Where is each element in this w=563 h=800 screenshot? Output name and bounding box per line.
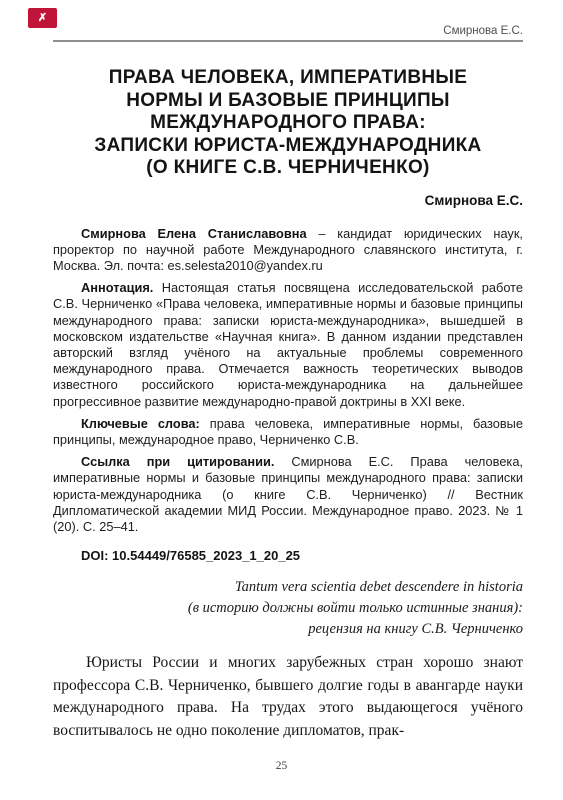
- epigraph: Tantum vera scientia debet descendere in…: [53, 577, 523, 640]
- header-rule: [53, 40, 523, 42]
- title-line: НОРМЫ И БАЗОВЫЕ ПРИНЦИПЫ: [53, 90, 523, 113]
- title-line: ПРАВА ЧЕЛОВЕКА, ИМПЕРАТИВНЫЕ: [53, 67, 523, 90]
- article-title: ПРАВА ЧЕЛОВЕКА, ИМПЕРАТИВНЫЕ НОРМЫ И БАЗ…: [53, 67, 523, 180]
- page-number: 25: [0, 760, 563, 772]
- bio-lead: Смирнова Елена Станиславовна: [81, 226, 307, 241]
- epigraph-line: Tantum vera scientia debet descendere in…: [53, 577, 523, 598]
- title-line: МЕЖДУНАРОДНОГО ПРАВА:: [53, 112, 523, 135]
- epigraph-line: (в историю должны войти только истинные …: [53, 598, 523, 619]
- bio-paragraph: Смирнова Елена Станиславовна – кандидат …: [53, 226, 523, 275]
- author-name: Смирнова Е.С.: [53, 193, 523, 208]
- keywords-paragraph: Ключевые слова: права человека, императи…: [53, 416, 523, 448]
- title-line: (О КНИГЕ С.В. ЧЕРНИЧЕНКО): [53, 157, 523, 180]
- citation-lead: Ссылка при цитировании.: [81, 454, 274, 469]
- journal-badge-icon: ✗: [38, 13, 47, 24]
- citation-paragraph: Ссылка при цитировании. Смирнова Е.С. Пр…: [53, 454, 523, 535]
- page-content: Смирнова Е.С. ПРАВА ЧЕЛОВЕКА, ИМПЕРАТИВН…: [53, 0, 523, 742]
- epigraph-line: рецензия на книгу С.В. Черниченко: [53, 619, 523, 640]
- journal-page: ✗ Смирнова Е.С. ПРАВА ЧЕЛОВЕКА, ИМПЕРАТИ…: [0, 0, 563, 800]
- abstract-text: Настоящая статья посвящена исследователь…: [53, 280, 523, 408]
- abstract-lead: Аннотация.: [81, 280, 153, 295]
- body-paragraph: Юристы России и многих зарубежных стран …: [53, 652, 523, 742]
- running-head: Смирнова Е.С.: [53, 0, 523, 37]
- title-line: ЗАПИСКИ ЮРИСТА-МЕЖДУНАРОДНИКА: [53, 135, 523, 158]
- journal-badge: ✗: [28, 8, 57, 28]
- doi-line: DOI: 10.54449/76585_2023_1_20_25: [53, 548, 523, 563]
- abstract-paragraph: Аннотация. Настоящая статья посвящена ис…: [53, 280, 523, 410]
- keywords-lead: Ключевые слова:: [81, 416, 200, 431]
